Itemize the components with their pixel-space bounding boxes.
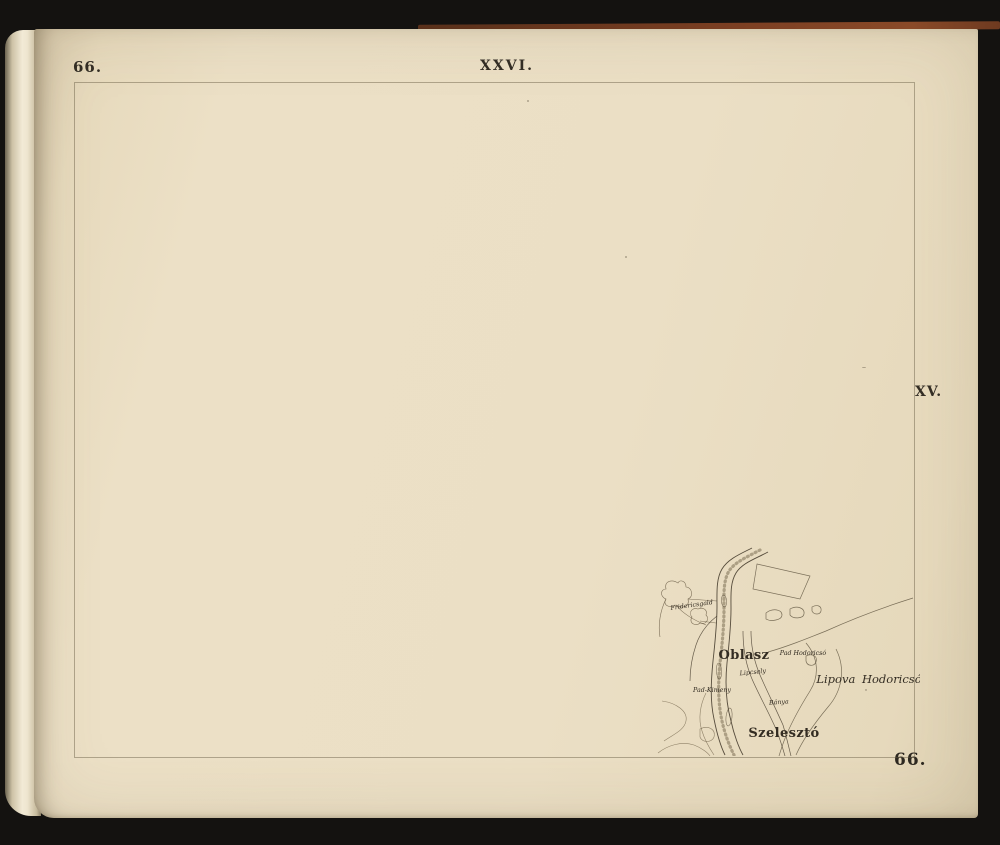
- label-pad-hodoricso: Pad Hodoricsó: [779, 650, 827, 657]
- map-labels: Fridericsgald Oblasz Pad Hodoricsó Lipov…: [669, 599, 920, 741]
- paper-speck: [625, 256, 627, 258]
- book-photo: 66. XXVI. XV. 66.: [0, 0, 1000, 845]
- plate-number-right: XV.: [915, 384, 942, 400]
- old-meander-channels: [658, 693, 714, 756]
- map-point-mark: [865, 689, 866, 690]
- page-number-top-left: 66.: [73, 58, 102, 76]
- label-lipcsaly: Lipcsaly: [738, 668, 766, 678]
- label-szeleszto: Szelesztó: [748, 726, 819, 741]
- atlas-page: 66. XXVI. XV. 66.: [34, 29, 978, 818]
- label-lipova-hodoricso: Lipova Hodoricsó: [815, 672, 920, 686]
- plate-number-top: XXVI.: [432, 58, 582, 74]
- label-banya: Bánya: [768, 698, 789, 706]
- label-fridericsgald: Fridericsgald: [669, 599, 713, 612]
- paper-speck: [862, 367, 866, 368]
- map-fragment: Fridericsgald Oblasz Pad Hodoricsó Lipov…: [640, 541, 920, 756]
- paper-speck: [527, 100, 529, 102]
- label-oblasz: Oblasz: [719, 648, 770, 663]
- label-pad-kimeny: Pad-Kimeny: [692, 687, 731, 694]
